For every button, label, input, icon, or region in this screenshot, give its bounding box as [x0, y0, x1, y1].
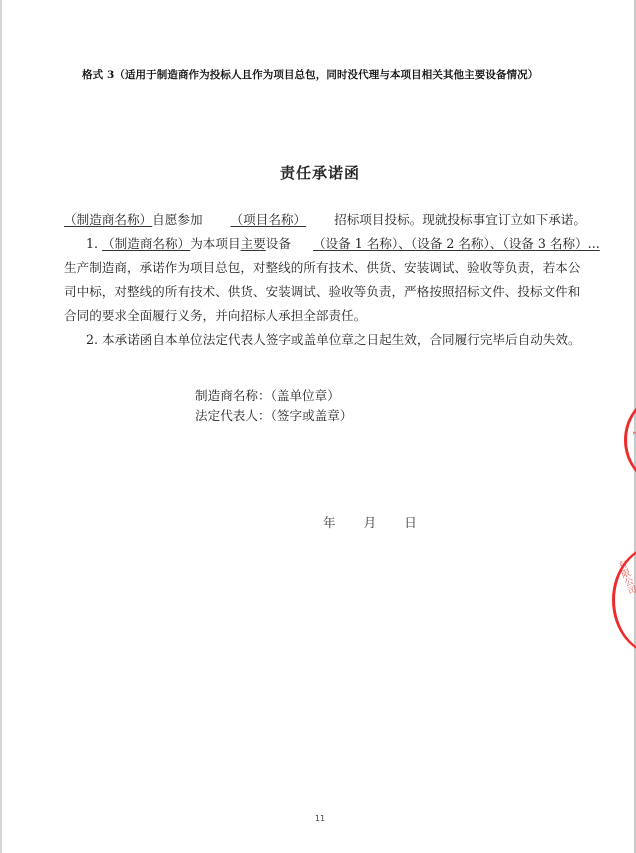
paragraph-intro: （制造商名称）自愿参加（项目名称）招标项目投标。现就投标事宜订立如下承诺。 — [64, 212, 586, 228]
equipment-list-placeholder: （设备 1 名称）、（设备 2 名称）、（设备 3 名称）... — [291, 236, 600, 251]
document-title: 责任承诺函 — [2, 162, 636, 183]
format-note: 格式 3（适用于制造商作为投标人且作为项目总包，同时没代理与本项目相关其他主要设… — [82, 67, 562, 82]
item-1-number: 1. — [86, 236, 98, 251]
manufacturer-name-placeholder: （制造商名称） — [64, 212, 152, 227]
seal-1-text: 1 — [629, 430, 636, 436]
intro-text-a: 自愿参加 — [152, 212, 202, 227]
date-month: 月 — [364, 512, 377, 531]
item-1-line-4: 合同的要求全面履行义务，并向招标人承担全部责任。 — [64, 308, 366, 324]
date-day: 日 — [404, 512, 417, 531]
item-1-first-line: 1. （制造商名称）为本项目主要设备（设备 1 名称）、（设备 2 名称）、（设… — [86, 236, 600, 252]
red-seal-stamp-icon — [624, 395, 636, 485]
legal-representative-label: 法定代表人：（签字或盖章） — [195, 405, 352, 424]
item-1-line-2: 生产制造商，承诺作为项目总包，对整线的所有技术、供货、安装调试、验收等负责，若本… — [64, 260, 580, 276]
item-1-line-3: 司中标，对整线的所有技术、供货、安装调试、验收等负责，严格按照招标文件、投标文件… — [64, 284, 580, 300]
project-name-placeholder: （项目名称） — [203, 212, 335, 227]
date-year: 年 — [323, 512, 336, 531]
item-1-text-b: 设备 — [266, 236, 291, 251]
item-2: 2. 本承诺函自本单位法定代表人签字或盖单位章之日起生效，合同履行完毕后自动失效… — [86, 332, 581, 348]
item-1-text-a: 为本项目 — [190, 236, 240, 251]
item-1-manufacturer-placeholder: （制造商名称） — [102, 236, 190, 251]
document-page: 格式 3（适用于制造商作为投标人且作为项目总包，同时没代理与本项目相关其他主要设… — [0, 0, 636, 853]
page-number: 11 — [2, 814, 636, 823]
date-row: 年 月 日 — [323, 512, 417, 531]
item-1-main-label: 主要 — [241, 236, 266, 251]
intro-text-b: 招标项目投标。现就投标事宜订立如下承诺。 — [334, 212, 586, 227]
manufacturer-signature-label: 制造商名称：（盖单位章） — [195, 385, 340, 404]
